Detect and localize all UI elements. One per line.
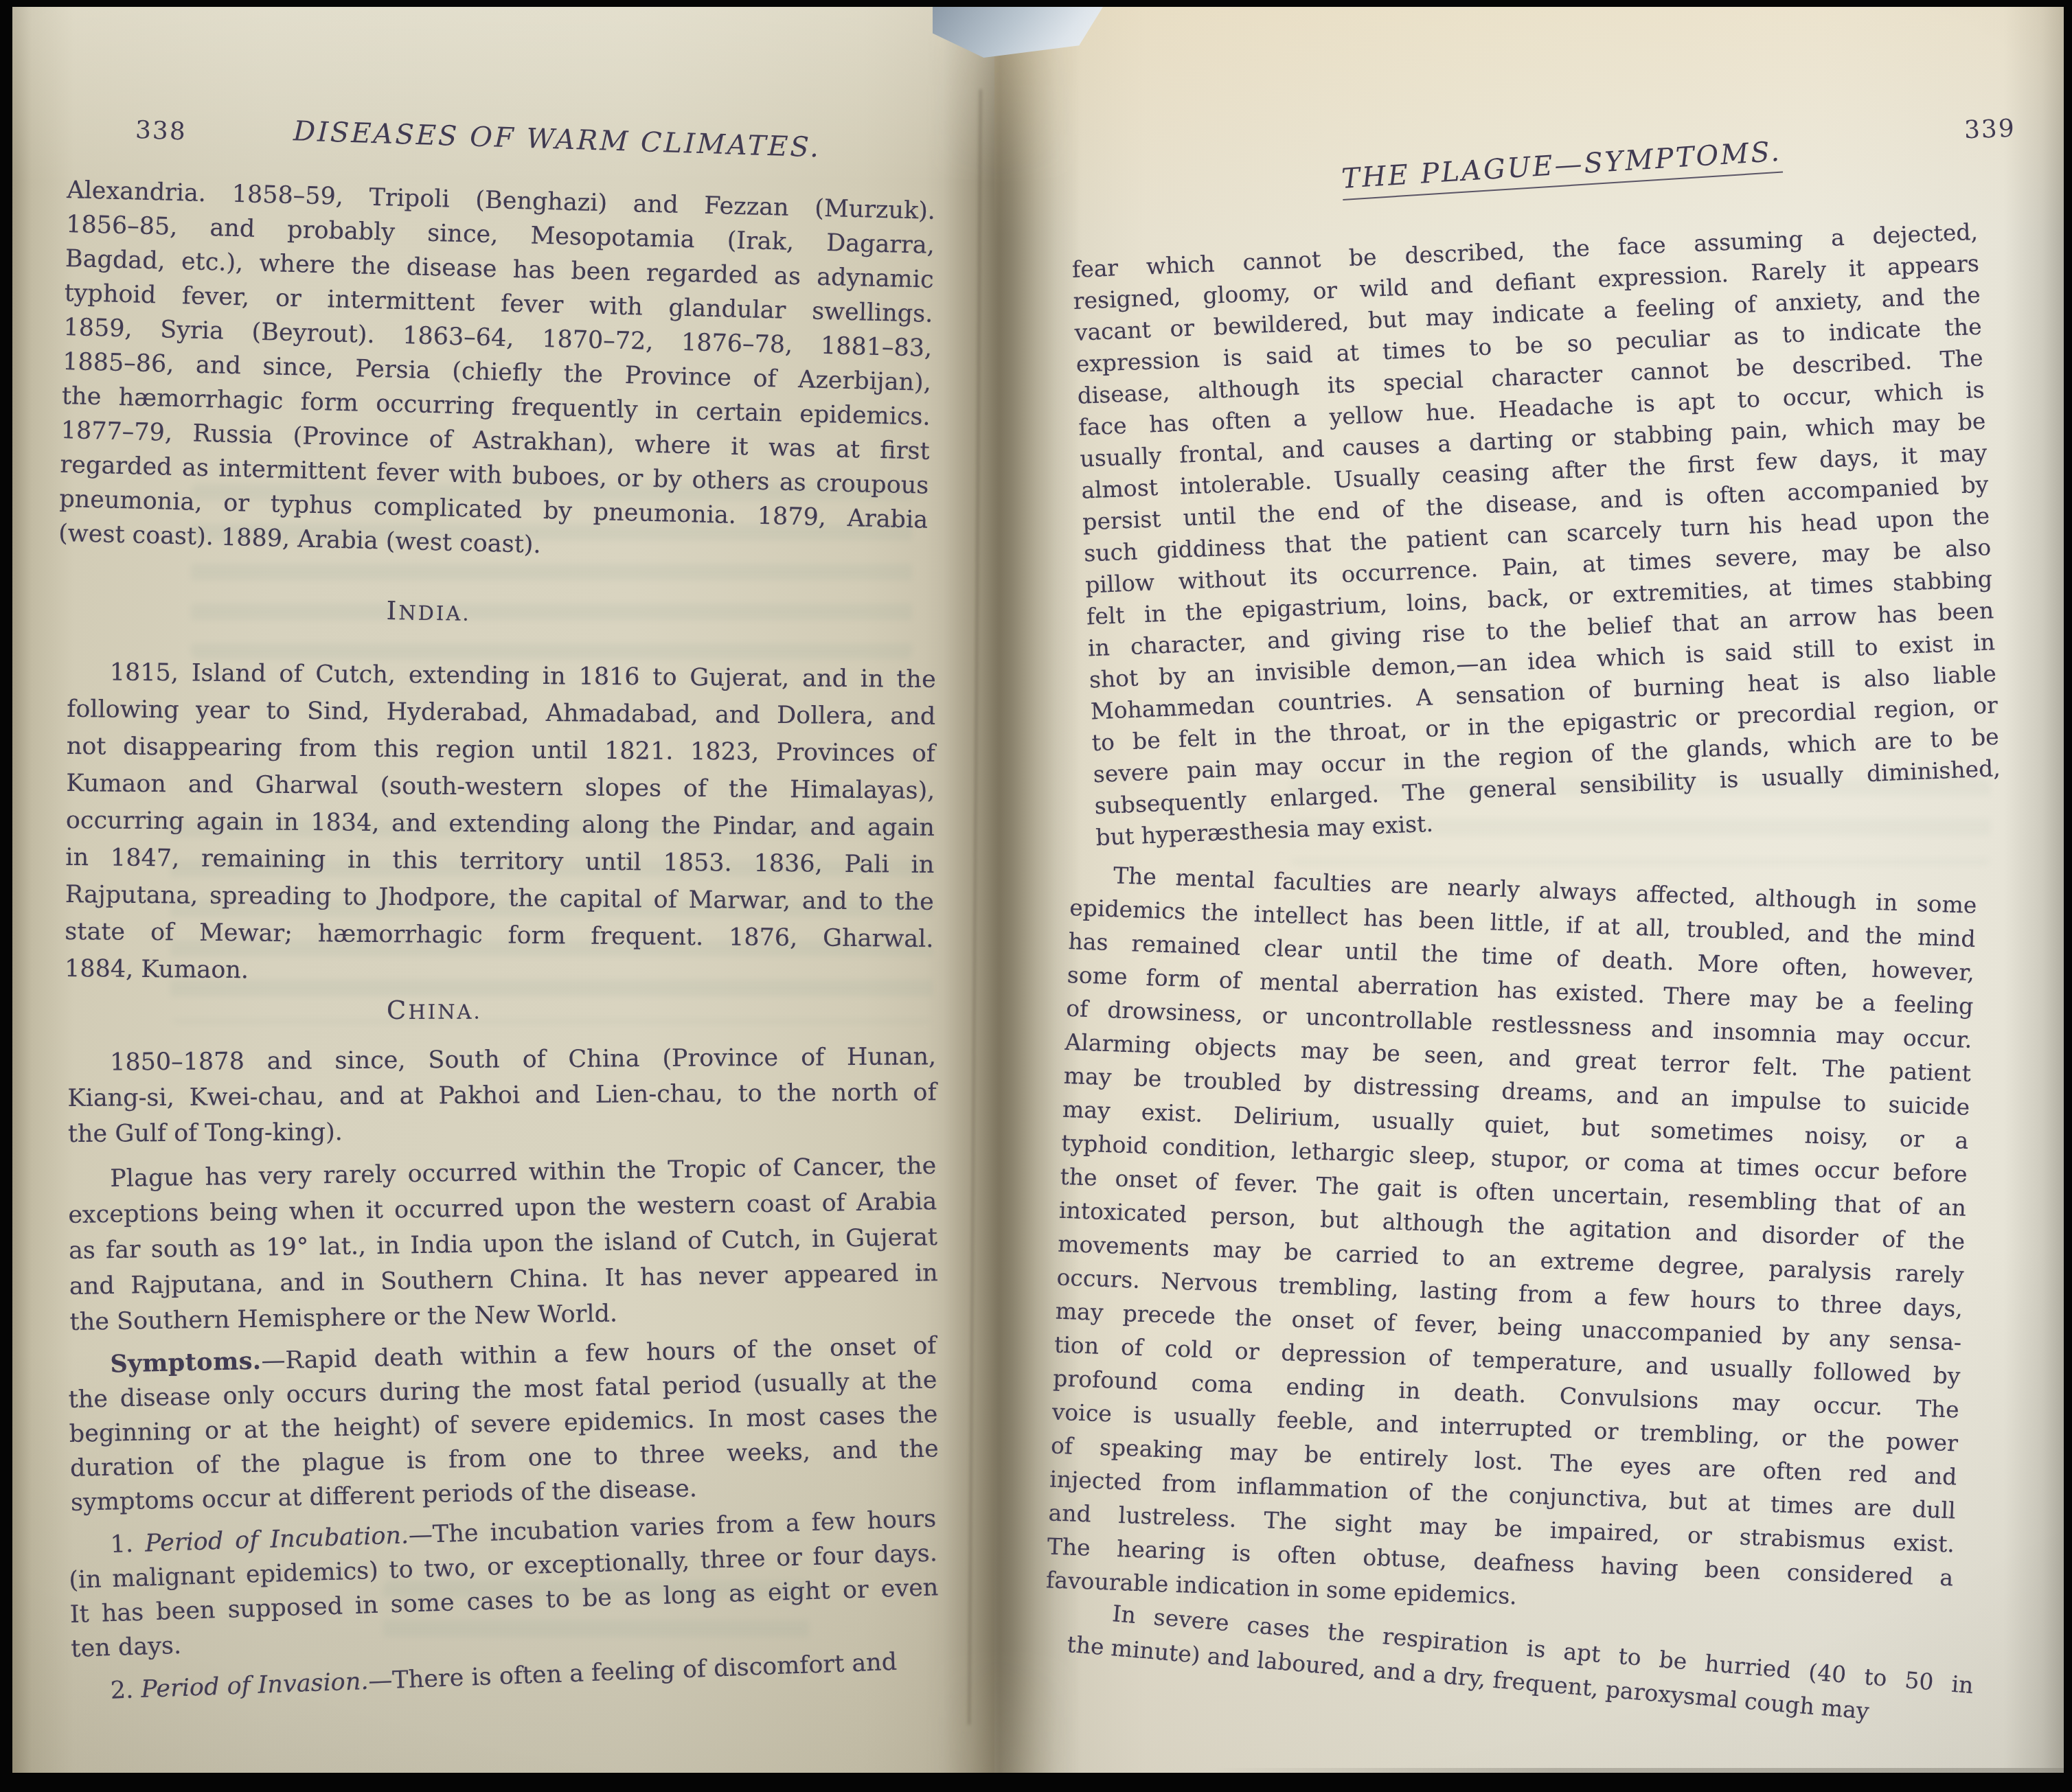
table-edge-sliver (1214, 1768, 2064, 1773)
paragraph-plague-history-levant: Alexandria. 1858–59, Tripoli (Benghazi) … (58, 173, 936, 572)
paragraph-plague-history-china: 1850–1878 and since, South of China (Pro… (67, 1039, 937, 1152)
paragraph-symptoms-intro: Symptoms.—Rapid death within a few hours… (67, 1329, 940, 1520)
left-page-header: 338 DISEASES OF WARM CLIMATES. (66, 108, 935, 177)
paragraph-mental-faculties: The mental faculties are nearly always a… (1045, 857, 1977, 1628)
running-header-left: DISEASES OF WARM CLIMATES. (293, 115, 821, 163)
gutter-fold-line (968, 89, 982, 1725)
paragraph-period-of-incubation: 1. Period of Incubation.—The incubation … (67, 1502, 940, 1666)
book-photo: 338 DISEASES OF WARM CLIMATES. Alexandri… (12, 7, 2064, 1773)
running-header-right: THE PLAGUE—SYMPTOMS. (1341, 136, 1783, 200)
page-number-right: 339 (1963, 115, 2016, 145)
page-number-left: 338 (135, 116, 187, 146)
paragraph-symptoms-expression-pain: fear which cannot be described, the face… (1071, 216, 2002, 854)
section-heading-india: INDIA. (386, 596, 470, 627)
paragraph-plague-history-india: 1815, Island of Cutch, extending in 1816… (65, 654, 936, 995)
paragraph-tropic-of-cancer: Plague has very rarely occurred within t… (67, 1148, 939, 1340)
section-heading-china: CHINA. (387, 996, 482, 1025)
photo-frame: 338 DISEASES OF WARM CLIMATES. Alexandri… (0, 0, 2072, 1792)
right-page-header: 339 THE PLAGUE—SYMPTOMS. (1071, 7, 1978, 213)
